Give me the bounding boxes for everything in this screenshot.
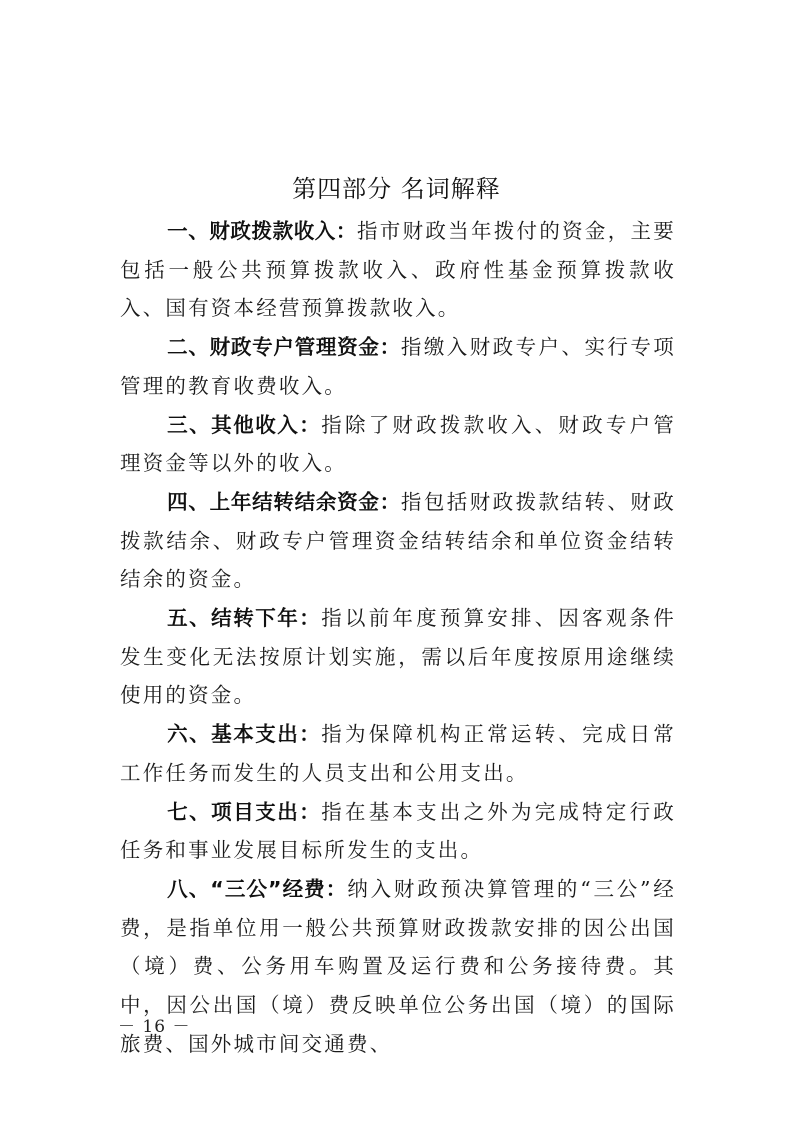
definition-term: 五、结转下年：: [167, 606, 321, 630]
definition-term: 六、基本支出：: [167, 722, 321, 746]
definitions-body: 一、财政拨款收入：指市财政当年拨付的资金，主要包括一般公共预算拨款收入、政府性基…: [120, 212, 676, 1063]
definition-paragraph: 二、财政专户管理资金：指缴入财政专户、实行专项管理的教育收费收入。: [120, 328, 676, 405]
definition-term: 七、项目支出：: [167, 800, 321, 824]
definition-paragraph: 五、结转下年：指以前年度预算安排、因客观条件发生变化无法按原计划实施，需以后年度…: [120, 599, 676, 715]
section-title: 第四部分 名词解释: [0, 172, 793, 206]
definition-term: 一、财政拨款收入：: [167, 219, 357, 243]
document-page: 第四部分 名词解释 一、财政拨款收入：指市财政当年拨付的资金，主要包括一般公共预…: [0, 0, 793, 1122]
definition-paragraph: 六、基本支出：指为保障机构正常运转、完成日常工作任务而发生的人员支出和公用支出。: [120, 715, 676, 792]
definition-paragraph: 四、上年结转结余资金：指包括财政拨款结转、财政拨款结余、财政专户管理资金结转结余…: [120, 483, 676, 599]
definition-paragraph: 八、“三公”经费：纳入财政预决算管理的“三公”经费，是指单位用一般公共预算财政拨…: [120, 870, 676, 1064]
definition-text: 纳入财政预决算管理的“三公”经费，是指单位用一般公共预算财政拨款安排的因公出国（…: [120, 877, 676, 1056]
definition-paragraph: 三、其他收入：指除了财政拨款收入、财政专户管理资金等以外的收入。: [120, 406, 676, 483]
definition-term: 八、“三公”经费：: [167, 877, 347, 901]
page-number: － 16 －: [118, 1012, 190, 1037]
definition-term: 三、其他收入：: [167, 413, 321, 437]
definition-term: 二、财政专户管理资金：: [167, 335, 401, 359]
definition-paragraph: 七、项目支出：指在基本支出之外为完成特定行政任务和事业发展目标所发生的支出。: [120, 793, 676, 870]
definition-paragraph: 一、财政拨款收入：指市财政当年拨付的资金，主要包括一般公共预算拨款收入、政府性基…: [120, 212, 676, 328]
definition-term: 四、上年结转结余资金：: [167, 490, 401, 514]
